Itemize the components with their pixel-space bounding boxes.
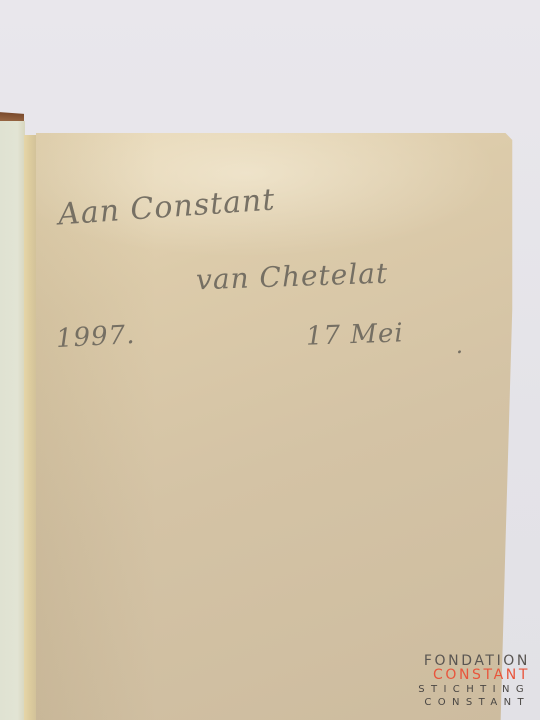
watermark-line-3: STICHTING bbox=[418, 685, 530, 695]
inscription-line-2: van Chetelat bbox=[195, 257, 388, 297]
watermark-line-4: CONSTANT bbox=[418, 698, 530, 708]
watermark-line-2: CONSTANT bbox=[418, 668, 530, 682]
watermark-logo: FONDATION CONSTANT STICHTING CONSTANT bbox=[418, 654, 530, 708]
endpaper bbox=[0, 121, 25, 720]
inscription-year: 1997. bbox=[55, 320, 136, 354]
inscription-trailing-mark: . bbox=[456, 334, 464, 359]
watermark-line-1: FONDATION bbox=[418, 654, 530, 668]
inscription-date: 17 Mei bbox=[306, 318, 405, 351]
